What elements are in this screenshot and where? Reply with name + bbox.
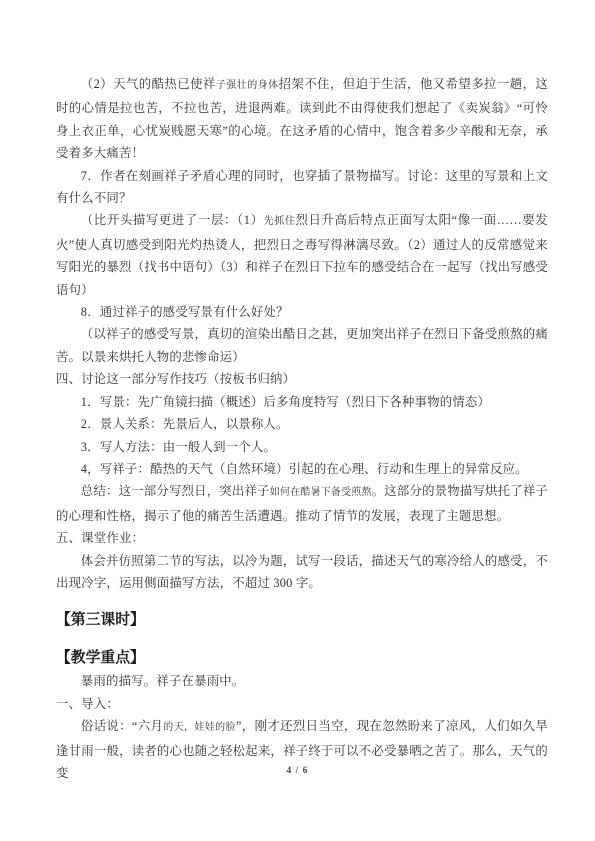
text-run: （比开头描写更进了一层：（1） (81, 213, 264, 227)
paragraph-question-8-answer: （以祥子的感受写景，真切的渲染出酷日之甚，更加突出祥子在烈日下备受煎熬的痛苦。以… (56, 323, 548, 368)
paragraph-summary: 总结：这一部分写烈日，突出祥子如何在酷暑下备受煎熬。这部分的景物描写烘托了祥子的… (56, 480, 548, 527)
text-run-small: 先抓住 (264, 216, 296, 227)
paragraph-question-7: 7．作者在刻画祥子矛盾心理的同时，也穿插了景物描写。讨论：这里的写景和上文有什么… (56, 165, 548, 210)
document-content: （2）天气的酷热已使祥子强壮的身体招架不住，但迫于生活，他又希望多拉一趟，这时的… (56, 73, 548, 784)
text-run: 总结：这一部分写烈日，突出祥子 (81, 484, 270, 498)
text-run-small: 子强壮的身体 (216, 80, 279, 91)
text-run: 俗话说：“六月 (81, 719, 163, 733)
document-page: （2）天气的酷热已使祥子强壮的身体招架不住，但迫于生活，他又希望多拉一趟，这时的… (0, 0, 595, 841)
section-heading-four: 四、讨论这一部分写作技巧（按板书归纳） (56, 368, 548, 390)
section-heading-one-intro: 一、导入： (56, 693, 548, 715)
heading-third-lesson: 【第三课时】 (56, 608, 548, 632)
page-number: 4 / 6 (0, 766, 595, 776)
paragraph-heat-dilemma: （2）天气的酷热已使祥子强壮的身体招架不住，但迫于生活，他又希望多拉一趟，这时的… (56, 73, 548, 165)
paragraph-question-7-answer: （比开头描写更进了一层：（1）先抓住烈日升高后特点正面写太阳“像一面……要发火”… (56, 209, 548, 301)
paragraph-teaching-focus-body: 暴雨的描写。祥子在暴雨中。 (56, 670, 548, 692)
text-run: （2）天气的酷热已使祥 (81, 77, 216, 91)
text-run-small: 如何在酷暑下备受煎熬 (270, 487, 372, 498)
paragraph-question-8: 8．通过祥子的感受写景有什么好处？ (56, 301, 548, 323)
list-item-1-scenery: 1．写景：先广角镜扫描（概述）后多角度特写（烈日下各种事物的情态） (56, 391, 548, 413)
paragraph-homework: 体会并仿照第二节的写法，以冷为题，试写一段话，描述天气的寒冷给人的感受，不出现冷… (56, 550, 548, 595)
heading-teaching-focus: 【教学重点】 (56, 646, 548, 670)
list-item-2-relation: 2．景人关系：先景后人，以景称人。 (56, 413, 548, 435)
list-item-3-method: 3．写人方法：由一般人到一个人。 (56, 436, 548, 458)
section-heading-five-homework: 五、课堂作业： (56, 527, 548, 549)
list-item-4-xiangzi: 4，写祥子：酷热的天气（自然环境）引起的在心理、行动和生理上的异常反应。 (56, 458, 548, 480)
text-run-small: 的天，娃娃的脸 (163, 722, 236, 733)
